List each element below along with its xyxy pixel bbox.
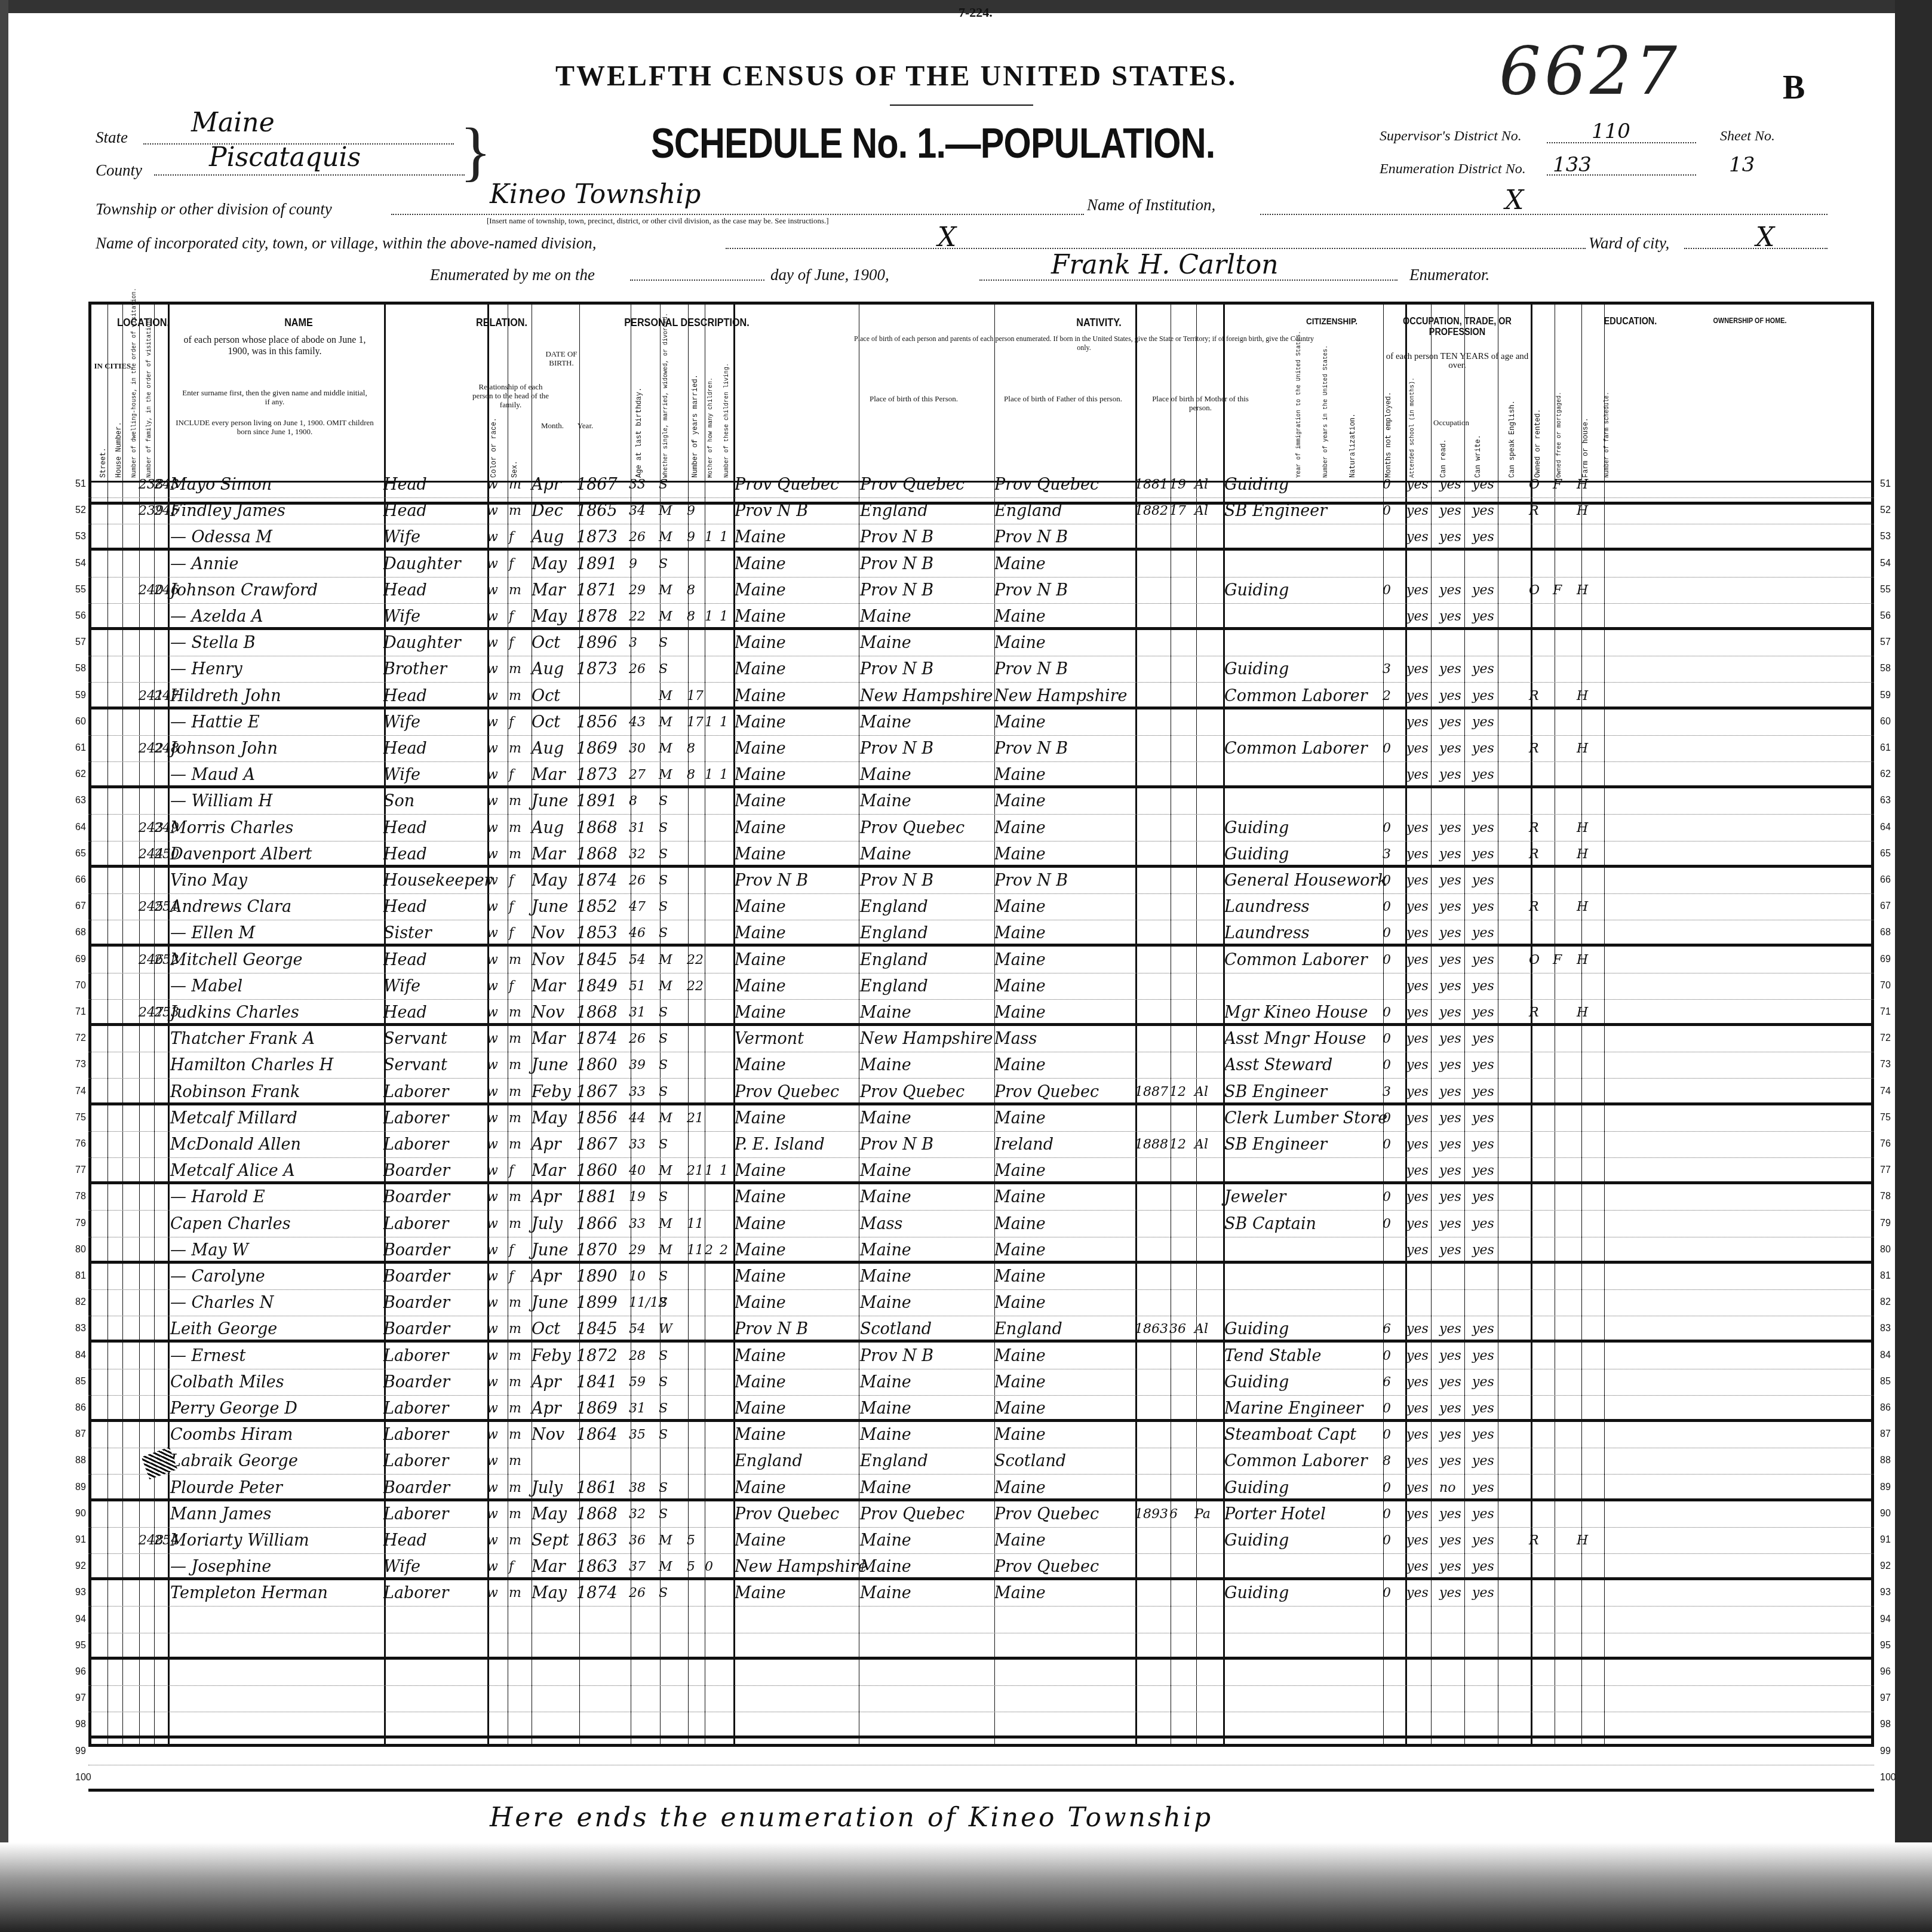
person-name: Leith George	[170, 1319, 277, 1340]
table-row: — Charles NBoarderwmJune189911/12SMaineM…	[88, 1290, 1874, 1316]
months-unemployed: 6	[1383, 1372, 1391, 1393]
can-write: yes	[1439, 764, 1461, 786]
relation: Laborer	[383, 1214, 449, 1235]
sex: f	[509, 554, 514, 575]
can-read: yes	[1406, 1398, 1429, 1420]
can-read: yes	[1406, 580, 1429, 601]
mother-of: 1	[705, 606, 713, 628]
person-name: McDonald Allen	[170, 1134, 301, 1156]
color: w	[487, 1055, 498, 1076]
can-speak-english: yes	[1472, 500, 1494, 522]
person-name: — Charles N	[170, 1292, 274, 1314]
marital-status: S	[659, 632, 668, 654]
line-number: 90	[1880, 1509, 1891, 1519]
birth-month: Oct	[532, 632, 560, 654]
birthplace-father: Maine	[860, 844, 911, 865]
table-row: 9696	[88, 1660, 1874, 1686]
can-write: yes	[1439, 896, 1461, 918]
occupation: Guiding	[1224, 844, 1289, 865]
birthplace-person: England	[735, 1451, 803, 1472]
header-immigration: Year of immigration to the United States…	[1296, 346, 1303, 478]
sex: f	[509, 896, 514, 918]
line-number-left: 79	[75, 1218, 86, 1229]
table-row: Hamilton Charles HServantwmJune186039SMa…	[88, 1052, 1874, 1079]
line-number-left: 95	[75, 1641, 86, 1651]
person-name: Capen Charles	[170, 1214, 291, 1235]
age: 33	[629, 474, 646, 496]
color: w	[487, 1319, 498, 1340]
line-number: 86	[1880, 1403, 1891, 1414]
can-write: yes	[1439, 712, 1461, 733]
header-name-instr2: INCLUDE every person living on June 1, 1…	[173, 418, 376, 436]
birth-year: 1871	[576, 580, 618, 601]
marital-status: M	[659, 1160, 672, 1182]
occupation: Common Laborer	[1224, 1451, 1368, 1472]
header-farm-house: Farm or house.	[1581, 382, 1590, 478]
birthplace-father: Maine	[860, 1292, 911, 1314]
months-unemployed: 0	[1383, 870, 1391, 892]
person-name: Johnson John	[170, 738, 278, 760]
can-speak-english: yes	[1472, 1160, 1494, 1182]
line-number-left: 60	[75, 717, 86, 727]
header-name: NAME	[266, 317, 331, 329]
marital-status: S	[659, 1504, 668, 1525]
occupation: Asst Steward	[1224, 1055, 1332, 1076]
relation: Laborer	[383, 1504, 449, 1525]
occupation: Guiding	[1224, 1478, 1289, 1499]
birthplace-person: Maine	[735, 896, 786, 918]
months-unemployed: 0	[1383, 1583, 1391, 1604]
occupation: General Housework	[1224, 870, 1387, 892]
institution-value: X	[1505, 185, 1524, 216]
birthplace-mother: Maine	[994, 1160, 1046, 1182]
birthplace-father: Maine	[860, 712, 911, 733]
relation: Wife	[383, 976, 420, 997]
age: 26	[629, 1028, 646, 1050]
birthplace-father: Prov N B	[860, 1134, 933, 1156]
birth-year: 1873	[576, 527, 618, 548]
sex: f	[509, 923, 514, 944]
can-speak-english: yes	[1472, 1240, 1494, 1261]
table-row: 243249Morris CharlesHeadwmAug186831SMain…	[88, 815, 1874, 841]
marital-status: S	[659, 1082, 668, 1103]
months-unemployed: 0	[1383, 1504, 1391, 1525]
relation: Wife	[383, 764, 420, 786]
birth-month: May	[532, 554, 567, 575]
children-living: 2	[720, 1240, 728, 1261]
header-age: Age at last birthday.	[635, 370, 643, 478]
years-married: 17	[687, 686, 704, 707]
birth-month: June	[532, 1055, 569, 1076]
birthplace-mother: Maine	[994, 1583, 1046, 1604]
can-write: yes	[1439, 1108, 1461, 1129]
relation: Boarder	[383, 1160, 450, 1182]
relation: Head	[383, 1530, 427, 1552]
relation: Wife	[383, 712, 420, 733]
months-unemployed: 0	[1383, 738, 1391, 760]
months-unemployed: 6	[1383, 1319, 1391, 1340]
can-speak-english: yes	[1472, 950, 1494, 971]
naturalization: Al	[1194, 1082, 1208, 1103]
header-mother-of: Mother of how many children.	[708, 352, 714, 478]
line-number-left: 80	[75, 1245, 86, 1255]
table-row: McDonald AllenLaborerwmApr186733SP. E. I…	[88, 1132, 1874, 1158]
relation: Head	[383, 686, 427, 707]
header-naturalization: Naturalization.	[1349, 394, 1357, 478]
birth-year: 1890	[576, 1266, 618, 1288]
occupation: Asst Mngr House	[1224, 1028, 1366, 1050]
birthplace-mother: Maine	[994, 1002, 1046, 1024]
header-relation-desc: Relationship of each person to the head …	[469, 382, 552, 409]
city-line	[726, 248, 1586, 249]
birthplace-mother: New Hampshire	[994, 686, 1128, 707]
birth-year: 1845	[576, 1319, 618, 1340]
can-write: yes	[1439, 1002, 1461, 1024]
age: 26	[629, 527, 646, 548]
age: 44	[629, 1108, 646, 1129]
birth-month: Mar	[532, 1028, 566, 1050]
birth-year: 1849	[576, 976, 618, 997]
color: w	[487, 712, 498, 733]
birthplace-father: Maine	[860, 1398, 911, 1420]
can-speak-english: yes	[1472, 1583, 1494, 1604]
header-month: Month.	[535, 421, 570, 430]
birthplace-person: P. E. Island	[735, 1134, 825, 1156]
birth-month: Aug	[532, 659, 564, 680]
relation: Wife	[383, 606, 420, 628]
marital-status: S	[659, 818, 668, 839]
line-number: 87	[1880, 1429, 1891, 1440]
can-read: yes	[1406, 764, 1429, 786]
color: w	[487, 1187, 498, 1208]
can-speak-english: yes	[1472, 659, 1494, 680]
table-row: 240246Johnson CrawfordHeadwmMar187129M8M…	[88, 578, 1874, 604]
birth-month: Mar	[532, 844, 566, 865]
birthplace-person: Maine	[735, 1398, 786, 1420]
mother-of: 2	[705, 1240, 713, 1261]
header-can-write: Can write.	[1474, 406, 1482, 478]
age: 33	[629, 1134, 646, 1156]
birthplace-mother: Maine	[994, 791, 1046, 812]
birthplace-father: Prov N B	[860, 554, 933, 575]
sex: m	[509, 474, 521, 496]
months-unemployed: 0	[1383, 1002, 1391, 1024]
marital-status: S	[659, 1002, 668, 1024]
color: w	[487, 659, 498, 680]
person-name: Metcalf Alice A	[170, 1160, 295, 1182]
birthplace-mother: Prov N B	[994, 659, 1068, 680]
state-label: State	[96, 128, 128, 147]
color: w	[487, 1504, 498, 1525]
marital-status: S	[659, 870, 668, 892]
sheet-label: Sheet No.	[1720, 128, 1775, 145]
birthplace-mother: Maine	[994, 818, 1046, 839]
county-label: County	[96, 161, 142, 180]
birth-year: 1873	[576, 764, 618, 786]
years-in-us: 36	[1169, 1319, 1186, 1340]
line-number-left: 96	[75, 1667, 86, 1678]
birthplace-person: Maine	[735, 686, 786, 707]
sex: m	[509, 1424, 521, 1446]
birthplace-person: Maine	[735, 923, 786, 944]
sex: f	[509, 1240, 514, 1261]
line-number: 70	[1880, 981, 1891, 991]
age: 33	[629, 1082, 646, 1103]
relation: Boarder	[383, 1478, 450, 1499]
birth-month: Apr	[532, 1187, 561, 1208]
birth-month: May	[532, 1108, 567, 1129]
table-row: 9999	[88, 1739, 1874, 1765]
person-name: — Josephine	[170, 1556, 271, 1578]
birthplace-mother: England	[994, 500, 1062, 522]
township-note: [Insert name of township, town, precinct…	[487, 216, 829, 226]
person-name: — Maud A	[170, 764, 255, 786]
birthplace-father: Maine	[860, 1002, 911, 1024]
owned-rented: R	[1529, 818, 1539, 839]
can-read: yes	[1406, 1583, 1429, 1604]
relation: Boarder	[383, 1240, 450, 1261]
children-living: 1	[720, 712, 728, 733]
can-read: yes	[1406, 1451, 1429, 1472]
occupation: Porter Hotel	[1224, 1504, 1326, 1525]
color: w	[487, 1530, 498, 1552]
sex: m	[509, 950, 521, 971]
birth-month: June	[532, 1240, 569, 1261]
mother-of: 1	[705, 712, 713, 733]
birthplace-father: New Hampshire	[860, 686, 993, 707]
can-read: yes	[1406, 1055, 1429, 1076]
birth-year: 1868	[576, 844, 618, 865]
color: w	[487, 896, 498, 918]
color: w	[487, 870, 498, 892]
enumerator-label: Enumerator.	[1409, 266, 1489, 284]
can-speak-english: yes	[1472, 1346, 1494, 1367]
birthplace-father: Maine	[860, 1478, 911, 1499]
birthplace-mother: Maine	[994, 1478, 1046, 1499]
birthplace-mother: Ireland	[994, 1134, 1053, 1156]
person-name: Coombs Hiram	[170, 1424, 293, 1446]
marital-status: M	[659, 580, 672, 601]
line-number-left: 99	[75, 1746, 86, 1757]
color: w	[487, 606, 498, 628]
months-unemployed: 3	[1383, 1082, 1391, 1103]
owned-rented: O	[1529, 474, 1540, 496]
months-unemployed: 0	[1383, 1028, 1391, 1050]
farm-or-house: H	[1577, 950, 1588, 971]
birth-year: 1867	[576, 1082, 618, 1103]
line-number-left: 62	[75, 769, 86, 780]
relation: Servant	[383, 1028, 447, 1050]
sex: f	[509, 632, 514, 654]
table-row: 9595	[88, 1633, 1874, 1660]
owned-rented: R	[1529, 844, 1539, 865]
months-unemployed: 0	[1383, 950, 1391, 971]
line-number-left: 55	[75, 585, 86, 595]
birthplace-mother: Mass	[994, 1028, 1037, 1050]
header-can-read: Can read.	[1439, 406, 1448, 478]
can-write: yes	[1439, 1055, 1461, 1076]
birth-year: 1868	[576, 1504, 618, 1525]
day-line	[630, 279, 764, 281]
birthplace-mother: Maine	[994, 554, 1046, 575]
can-speak-english: yes	[1472, 1451, 1494, 1472]
birth-year: 1870	[576, 1240, 618, 1261]
sex: m	[509, 500, 521, 522]
months-unemployed: 0	[1383, 1055, 1391, 1076]
can-read: yes	[1406, 1240, 1429, 1261]
can-speak-english: yes	[1472, 896, 1494, 918]
sex: f	[509, 712, 514, 733]
birth-year: 1867	[576, 1134, 618, 1156]
birthplace-mother: Maine	[994, 1266, 1046, 1288]
birth-month: June	[532, 1292, 569, 1314]
marital-status: M	[659, 1108, 672, 1129]
naturalization: Al	[1194, 474, 1208, 496]
can-speak-english: yes	[1472, 1424, 1494, 1446]
birthplace-person: Maine	[735, 1160, 786, 1182]
person-name: — William H	[170, 791, 272, 812]
birthplace-person: Prov Quebec	[735, 1082, 839, 1103]
color: w	[487, 686, 498, 707]
birthplace-mother: Maine	[994, 1530, 1046, 1552]
birthplace-person: Maine	[735, 818, 786, 839]
color: w	[487, 1266, 498, 1288]
line-number: 54	[1880, 558, 1891, 569]
birthplace-mother: England	[994, 1319, 1062, 1340]
line-number: 74	[1880, 1086, 1891, 1097]
color: w	[487, 818, 498, 839]
birthplace-father: Prov Quebec	[860, 474, 965, 496]
age: 27	[629, 764, 646, 786]
can-speak-english: yes	[1472, 1478, 1494, 1499]
color: w	[487, 1556, 498, 1578]
header-family: Number of family, in the order of visita…	[146, 346, 153, 478]
header-nativity-desc: Place of birth of each person and parent…	[848, 334, 1320, 352]
header-children-living: Number of these children living.	[724, 352, 730, 478]
person-name: Robinson Frank	[170, 1082, 300, 1103]
birthplace-mother: Maine	[994, 976, 1046, 997]
header-in-cities: IN CITIES.	[93, 361, 134, 370]
person-name: — Ellen M	[170, 923, 255, 944]
age: 31	[629, 1398, 646, 1420]
birth-year: 1869	[576, 1398, 618, 1420]
relation: Head	[383, 950, 427, 971]
years-married: 8	[687, 738, 695, 760]
can-speak-english: yes	[1472, 1214, 1494, 1235]
person-name: — Mabel	[170, 976, 242, 997]
color: w	[487, 923, 498, 944]
birthplace-mother: Maine	[994, 764, 1046, 786]
birthplace-father: England	[860, 1451, 928, 1472]
sex: m	[509, 1583, 521, 1604]
marital-status: S	[659, 1346, 668, 1367]
sex: f	[509, 527, 514, 548]
birthplace-father: Maine	[860, 1055, 911, 1076]
can-read: yes	[1406, 1319, 1429, 1340]
line-number-left: 75	[75, 1113, 86, 1123]
birth-month: Mar	[532, 976, 566, 997]
can-read: yes	[1406, 738, 1429, 760]
birthplace-father: Prov N B	[860, 659, 933, 680]
farm-or-house: H	[1577, 580, 1588, 601]
can-speak-english: yes	[1472, 1504, 1494, 1525]
marital-status: M	[659, 1240, 672, 1261]
marital-status: S	[659, 1028, 668, 1050]
naturalization: Pa	[1194, 1504, 1211, 1525]
line-number: 100	[1880, 1773, 1896, 1783]
table-row: 241247Hildreth JohnHeadwmOctM17MaineNew …	[88, 683, 1874, 709]
occupation: Jeweler	[1224, 1187, 1286, 1208]
table-row: 238243Mayo SimonHeadwmApr186733SProv Que…	[88, 472, 1874, 498]
can-write: yes	[1439, 659, 1461, 680]
line-number: 59	[1880, 690, 1891, 701]
title-rule	[890, 105, 1033, 106]
form-number: 7-224.	[959, 5, 993, 20]
schedule-title: SCHEDULE No. 1.—POPULATION.	[651, 119, 1215, 167]
person-name: Moriarty William	[170, 1530, 309, 1552]
line-number-left: 98	[75, 1719, 86, 1730]
table-row: 9797	[88, 1686, 1874, 1712]
line-number: 79	[1880, 1218, 1891, 1229]
can-speak-english: yes	[1472, 923, 1494, 944]
color: w	[487, 580, 498, 601]
months-unemployed: 0	[1383, 896, 1391, 918]
line-number: 94	[1880, 1614, 1891, 1625]
birthplace-father: England	[860, 976, 928, 997]
line-number-left: 73	[75, 1059, 86, 1070]
birthplace-father: Prov N B	[860, 738, 933, 760]
table-row: Perry George DLaborerwmApr186931SMaineMa…	[88, 1396, 1874, 1422]
line-number-left: 65	[75, 849, 86, 859]
line-number: 65	[1880, 849, 1891, 859]
mother-of: 1	[705, 1160, 713, 1182]
person-name: — Ernest	[170, 1346, 245, 1367]
relation: Head	[383, 738, 427, 760]
can-speak-english: yes	[1472, 686, 1494, 707]
table-row: — May WBoarderwfJune187029M1122MaineMain…	[88, 1237, 1874, 1264]
age: 31	[629, 1002, 646, 1024]
age: 8	[629, 791, 637, 812]
owned-rented: R	[1529, 686, 1539, 707]
birthplace-mother: Prov N B	[994, 527, 1068, 548]
line-number-left: 76	[75, 1139, 86, 1150]
months-unemployed: 2	[1383, 686, 1391, 707]
occupation: Steamboat Capt	[1224, 1424, 1356, 1446]
table-row: Metcalf Alice ABoarderwfMar186040M2111Ma…	[88, 1158, 1874, 1184]
years-married: 17	[687, 712, 704, 733]
birthplace-mother: Maine	[994, 1372, 1046, 1393]
sex: m	[509, 738, 521, 760]
can-read: yes	[1406, 1424, 1429, 1446]
birthplace-father: Prov N B	[860, 527, 933, 548]
owned-rented: R	[1529, 1530, 1539, 1552]
birthplace-mother: Maine	[994, 1346, 1046, 1367]
enumeration-label: Enumeration District No.	[1380, 161, 1526, 177]
years-married: 11	[687, 1240, 704, 1261]
marital-status: M	[659, 738, 672, 760]
years-in-us: 12	[1169, 1082, 1186, 1103]
birth-year: 1873	[576, 659, 618, 680]
can-speak-english: yes	[1472, 1108, 1494, 1129]
birthplace-father: Prov N B	[860, 870, 933, 892]
can-write: yes	[1439, 738, 1461, 760]
color: w	[487, 1478, 498, 1499]
farm-or-house: H	[1577, 844, 1588, 865]
months-unemployed: 0	[1383, 1478, 1391, 1499]
line-number-left: 57	[75, 637, 86, 648]
birth-year: 1868	[576, 1002, 618, 1024]
can-speak-english: yes	[1472, 1187, 1494, 1208]
